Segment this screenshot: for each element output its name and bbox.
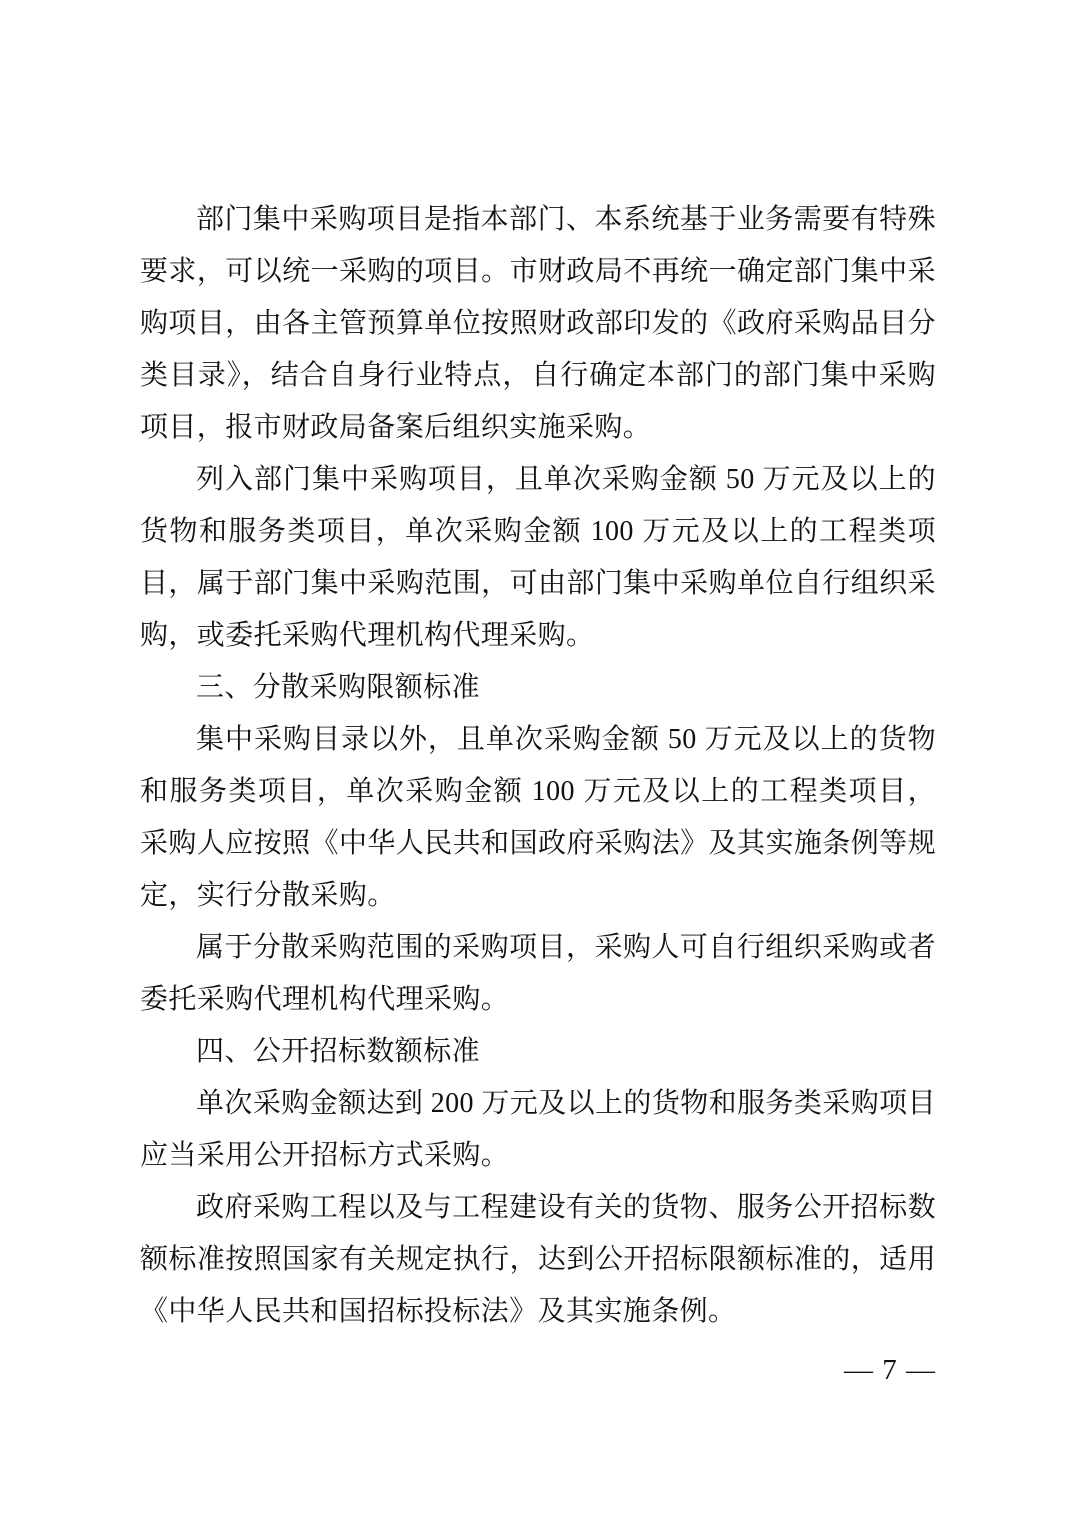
paragraph-construction-tender-rules: 政府采购工程以及与工程建设有关的货物、服务公开招标数额标准按照国家有关规定执行，… xyxy=(140,1182,936,1338)
document-body: 部门集中采购项目是指本部门、本系统基于业务需要有特殊要求，可以统一采购的项目。市… xyxy=(140,194,936,1338)
paragraph-decentralized-thresholds: 集中采购目录以外，且单次采购金额 50 万元及以上的货物和服务类项目，单次采购金… xyxy=(140,714,936,922)
page-footer: — 7 — xyxy=(140,1346,936,1394)
page-number: — 7 — xyxy=(844,1354,936,1386)
document-page: 部门集中采购项目是指本部门、本系统基于业务需要有特殊要求，可以统一采购的项目。市… xyxy=(0,0,1074,1520)
section-heading-open-tender-amount: 四、公开招标数额标准 xyxy=(140,1026,936,1078)
section-heading-decentralized-limit: 三、分散采购限额标准 xyxy=(140,662,936,714)
paragraph-open-tender-threshold: 单次采购金额达到 200 万元及以上的货物和服务类采购项目应当采用公开招标方式采… xyxy=(140,1078,936,1182)
paragraph-decentralized-scope: 属于分散采购范围的采购项目，采购人可自行组织采购或者委托采购代理机构代理采购。 xyxy=(140,922,936,1026)
paragraph-dept-centralized-thresholds: 列入部门集中采购项目，且单次采购金额 50 万元及以上的货物和服务类项目，单次采… xyxy=(140,454,936,662)
paragraph-dept-centralized-definition: 部门集中采购项目是指本部门、本系统基于业务需要有特殊要求，可以统一采购的项目。市… xyxy=(140,194,936,454)
